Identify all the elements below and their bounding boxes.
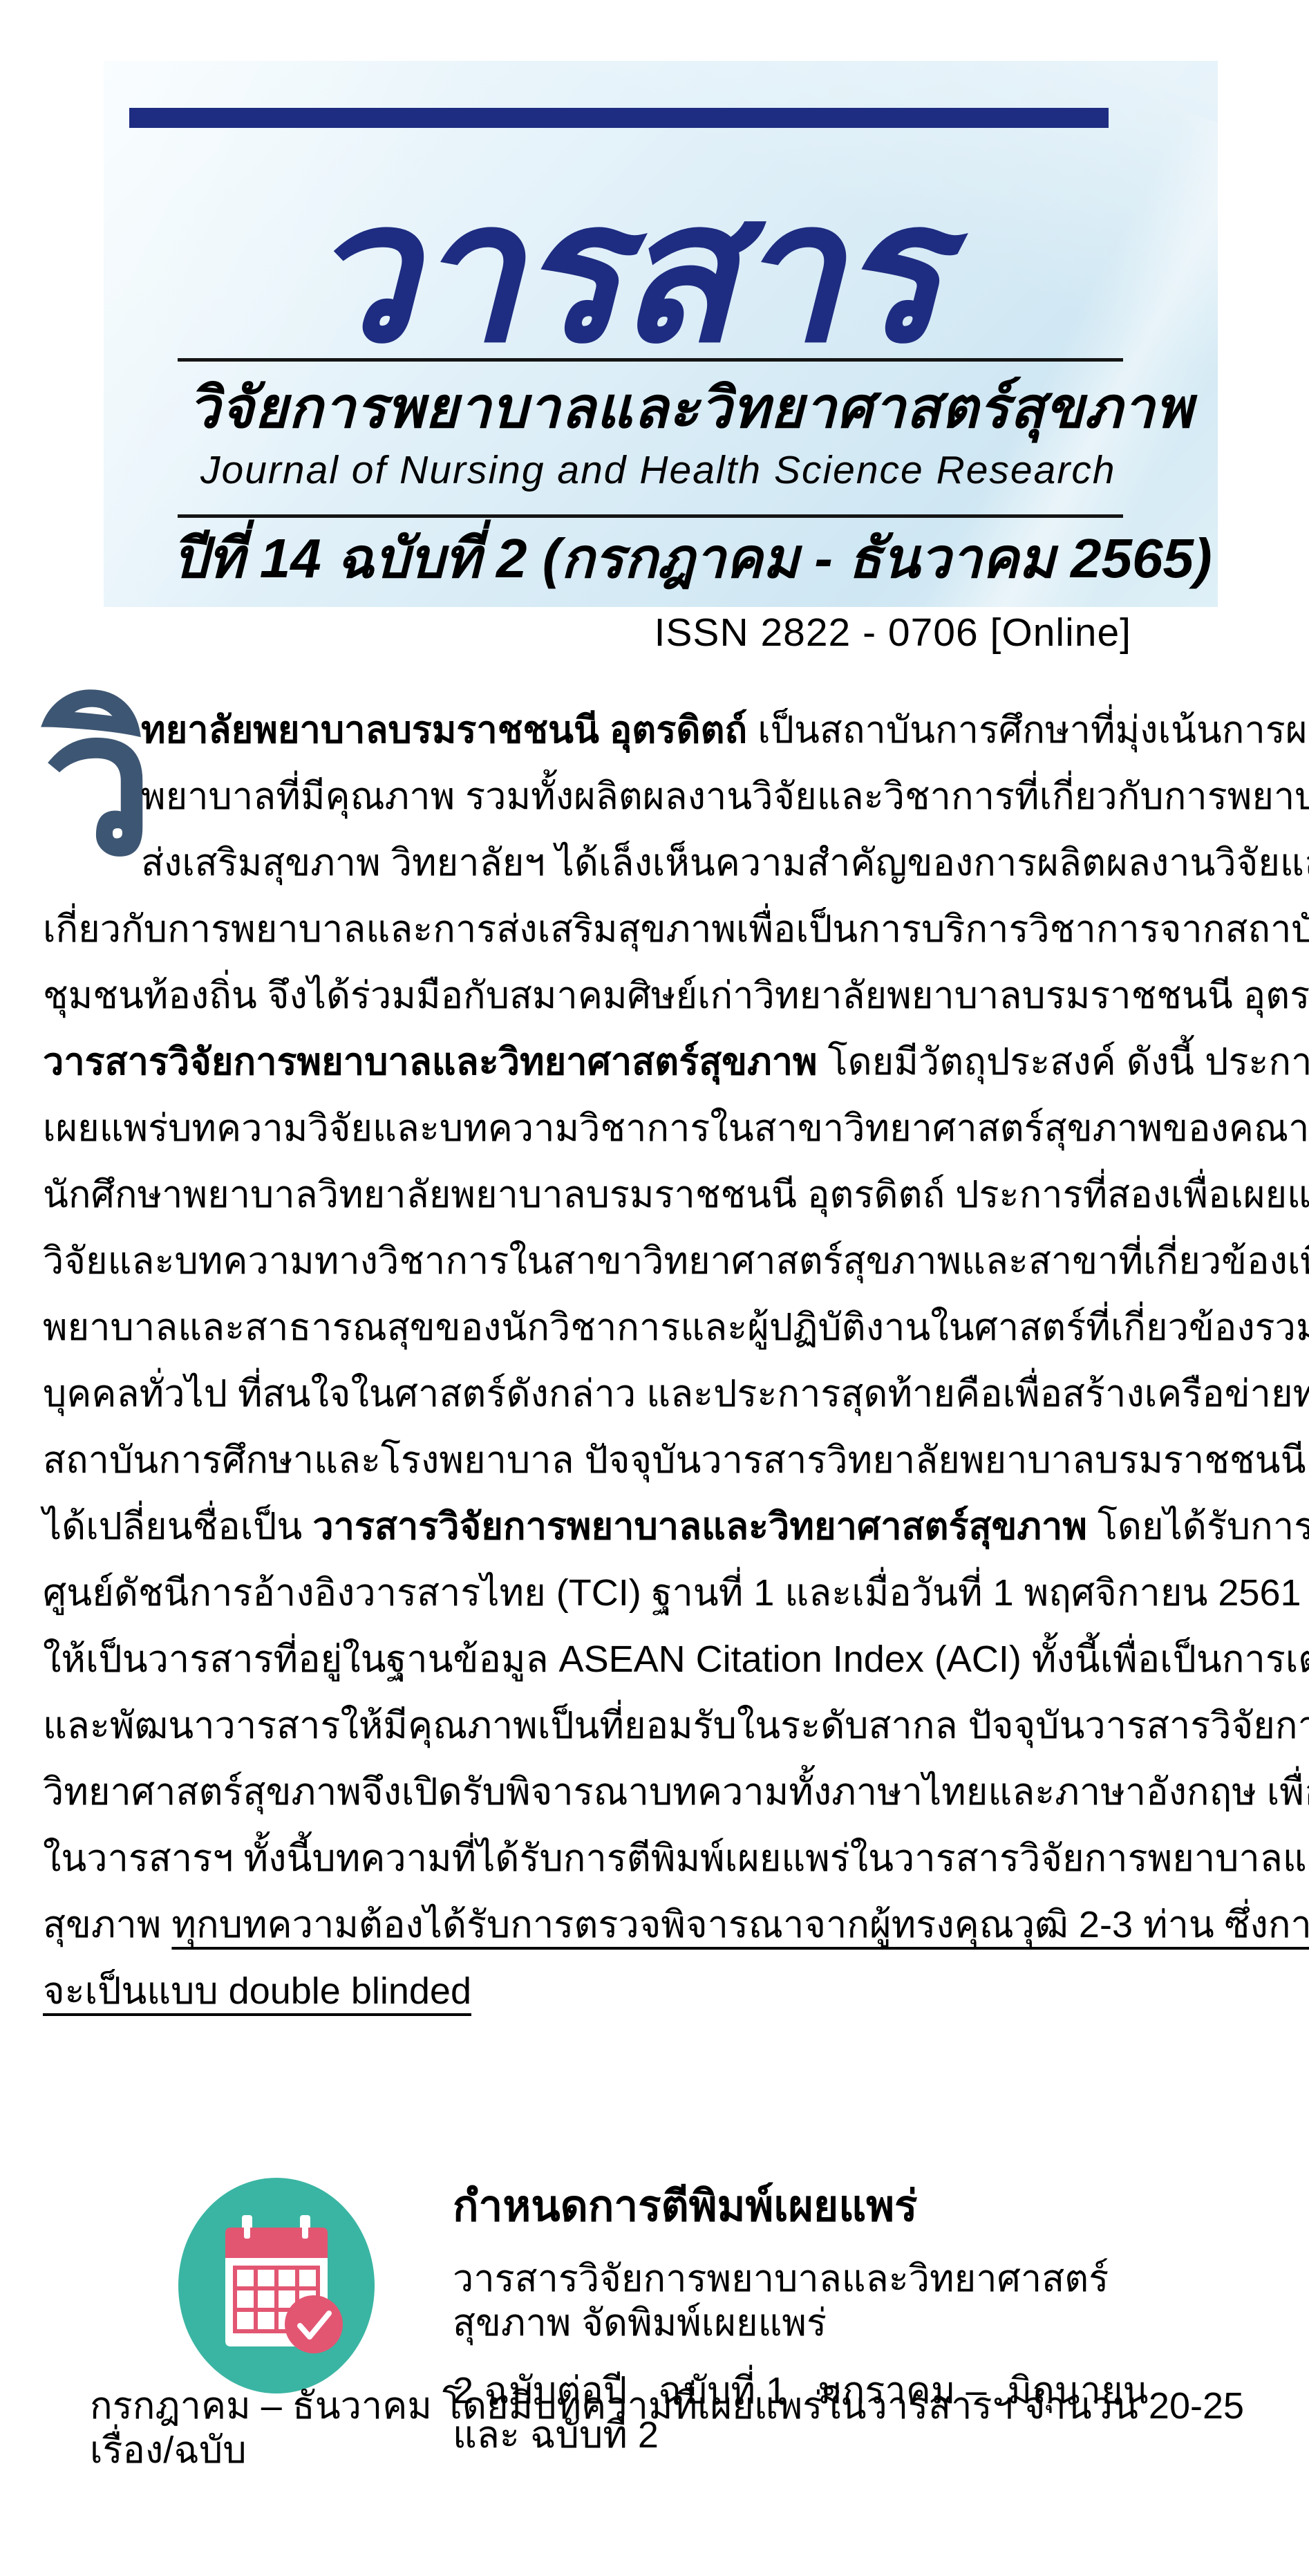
journal-subtitle-thai: วิจัยการพยาบาลและวิทยาศาสตร์สุขภาพ bbox=[188, 371, 1197, 447]
masthead-top-bar bbox=[129, 108, 1109, 128]
paragraph-line: วารสารวิจัยการพยาบาลและวิทยาศาสตร์สุขภาพ… bbox=[43, 1029, 1274, 1095]
paragraph-line: พยาบาลและสาธารณสุขของนักวิชาการและผู้ปฏิ… bbox=[43, 1294, 1274, 1361]
schedule-line-3: กรกฎาคม – ธันวาคม โดยมีบทความที่เผยแพร่ใ… bbox=[90, 2384, 1309, 2472]
journal-masthead: วารสาร วิจัยการพยาบาลและวิทยาศาสตร์สุขภา… bbox=[104, 61, 1218, 607]
masthead-divider-top bbox=[178, 358, 1123, 362]
paragraph-line: ทยาลัยพยาบาลบรมราชชนนี อุตรดิตถ์ เป็นสถา… bbox=[43, 697, 1274, 763]
journal-subtitle-english: Journal of Nursing and Health Science Re… bbox=[200, 445, 1209, 495]
paragraph-line: ให้เป็นวารสารที่อยู่ในฐานข้อมูล ASEAN Ci… bbox=[43, 1626, 1274, 1692]
paragraph-line: พยาบาลที่มีคุณภาพ รวมทั้งผลิตผลงานวิจัยแ… bbox=[43, 763, 1274, 830]
paragraph-line: วิทยาศาสตร์สุขภาพจึงเปิดรับพิจารณาบทความ… bbox=[43, 1759, 1274, 1825]
paragraph-line: สุขภาพ ทุกบทความต้องได้รับการตรวจพิจารณา… bbox=[43, 1892, 1274, 1958]
paragraph-line: สถาบันการศึกษาและโรงพยาบาล ปัจจุบันวารสา… bbox=[43, 1427, 1274, 1493]
paragraph-line: ศูนย์ดัชนีการอ้างอิงวารสารไทย (TCI) ฐานท… bbox=[43, 1560, 1274, 1626]
paragraph-line: บุคคลทั่วไป ที่สนใจในศาสตร์ดังกล่าว และป… bbox=[43, 1361, 1274, 1427]
paragraph-line: นักศึกษาพยาบาลวิทยาลัยพยาบาลบรมราชชนนี อ… bbox=[43, 1161, 1274, 1228]
dropcap-initial: วิ bbox=[43, 697, 134, 890]
calendar-check-icon bbox=[178, 2178, 375, 2393]
paragraph-line: ได้เปลี่ยนชื่อเป็น วารสารวิจัยการพยาบาลแ… bbox=[43, 1493, 1274, 1560]
article-paragraph: วิ ทยาลัยพยาบาลบรมราชชนนี อุตรดิตถ์ เป็น… bbox=[43, 697, 1274, 2024]
paragraph-line: วิจัยและบทความทางวิชาการในสาขาวิทยาศาสตร… bbox=[43, 1228, 1274, 1294]
paragraph-line: และพัฒนาวารสารให้มีคุณภาพเป็นที่ยอมรับใน… bbox=[43, 1692, 1274, 1759]
paragraph-line: ชุมชนท้องถิ่น จึงได้ร่วมมือกับสมาคมศิษย์… bbox=[43, 962, 1274, 1029]
masthead-divider-bottom bbox=[178, 514, 1123, 518]
issn-text: ISSN 2822 - 0706 [Online] bbox=[654, 610, 1131, 655]
schedule-heading: กำหนดการตีพิมพ์เผยแพร่ bbox=[453, 2181, 1199, 2233]
paragraph-line: ส่งเสริมสุขภาพ วิทยาลัยฯ ได้เล็งเห็นความ… bbox=[43, 830, 1274, 896]
paragraph-line: เผยแพร่บทความวิจัยและบทความวิชาการในสาขา… bbox=[43, 1095, 1274, 1161]
volume-issue-line: ปีที่ 14 ฉบับที่ 2 (กรกฎาคม - ธันวาคม 25… bbox=[173, 523, 1196, 595]
schedule-line-1: วารสารวิจัยการพยาบาลและวิทยาศาสตร์สุขภาพ… bbox=[453, 2257, 1199, 2345]
paragraph-line: จะเป็นแบบ double blinded bbox=[43, 1958, 1274, 2024]
paragraph-line: เกี่ยวกับการพยาบาลและการส่งเสริมสุขภาพเพ… bbox=[43, 896, 1274, 962]
paragraph-line: ในวารสารฯ ทั้งนี้บทความที่ได้รับการตีพิม… bbox=[43, 1825, 1274, 1892]
